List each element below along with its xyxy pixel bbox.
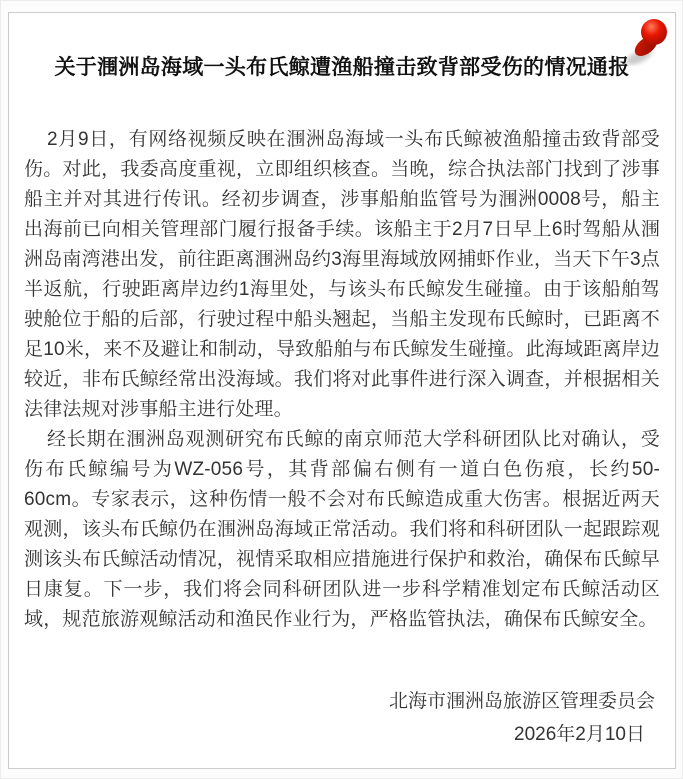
notice-paragraph-2: 经长期在涠洲岛观测研究布氏鲸的南京师范大学科研团队比对确认，受伤布氏鲸编号为WZ… — [24, 425, 660, 635]
signature-organization: 北海市涠洲岛旅游区管理委员会 — [24, 685, 655, 718]
notice-body: 2月9日，有网络视频反映在涠洲岛海域一头布氏鲸被渔船撞击致背部受伤。对此，我委高… — [24, 125, 660, 635]
pushpin-icon — [626, 16, 672, 66]
notice-card: 关于涠洲岛海域一头布氏鲸遭渔船撞击致背部受伤的情况通报 2月9日，有网络视频反映… — [8, 12, 676, 769]
signature-block: 北海市涠洲岛旅游区管理委员会 2026年2月10日 — [24, 685, 660, 751]
signature-date: 2026年2月10日 — [24, 718, 645, 751]
page: 关于涠洲岛海域一头布氏鲸遭渔船撞击致背部受伤的情况通报 2月9日，有网络视频反映… — [0, 0, 683, 779]
notice-title: 关于涠洲岛海域一头布氏鲸遭渔船撞击致背部受伤的情况通报 — [30, 53, 654, 83]
notice-paragraph-1: 2月9日，有网络视频反映在涠洲岛海域一头布氏鲸被渔船撞击致背部受伤。对此，我委高… — [24, 125, 660, 425]
